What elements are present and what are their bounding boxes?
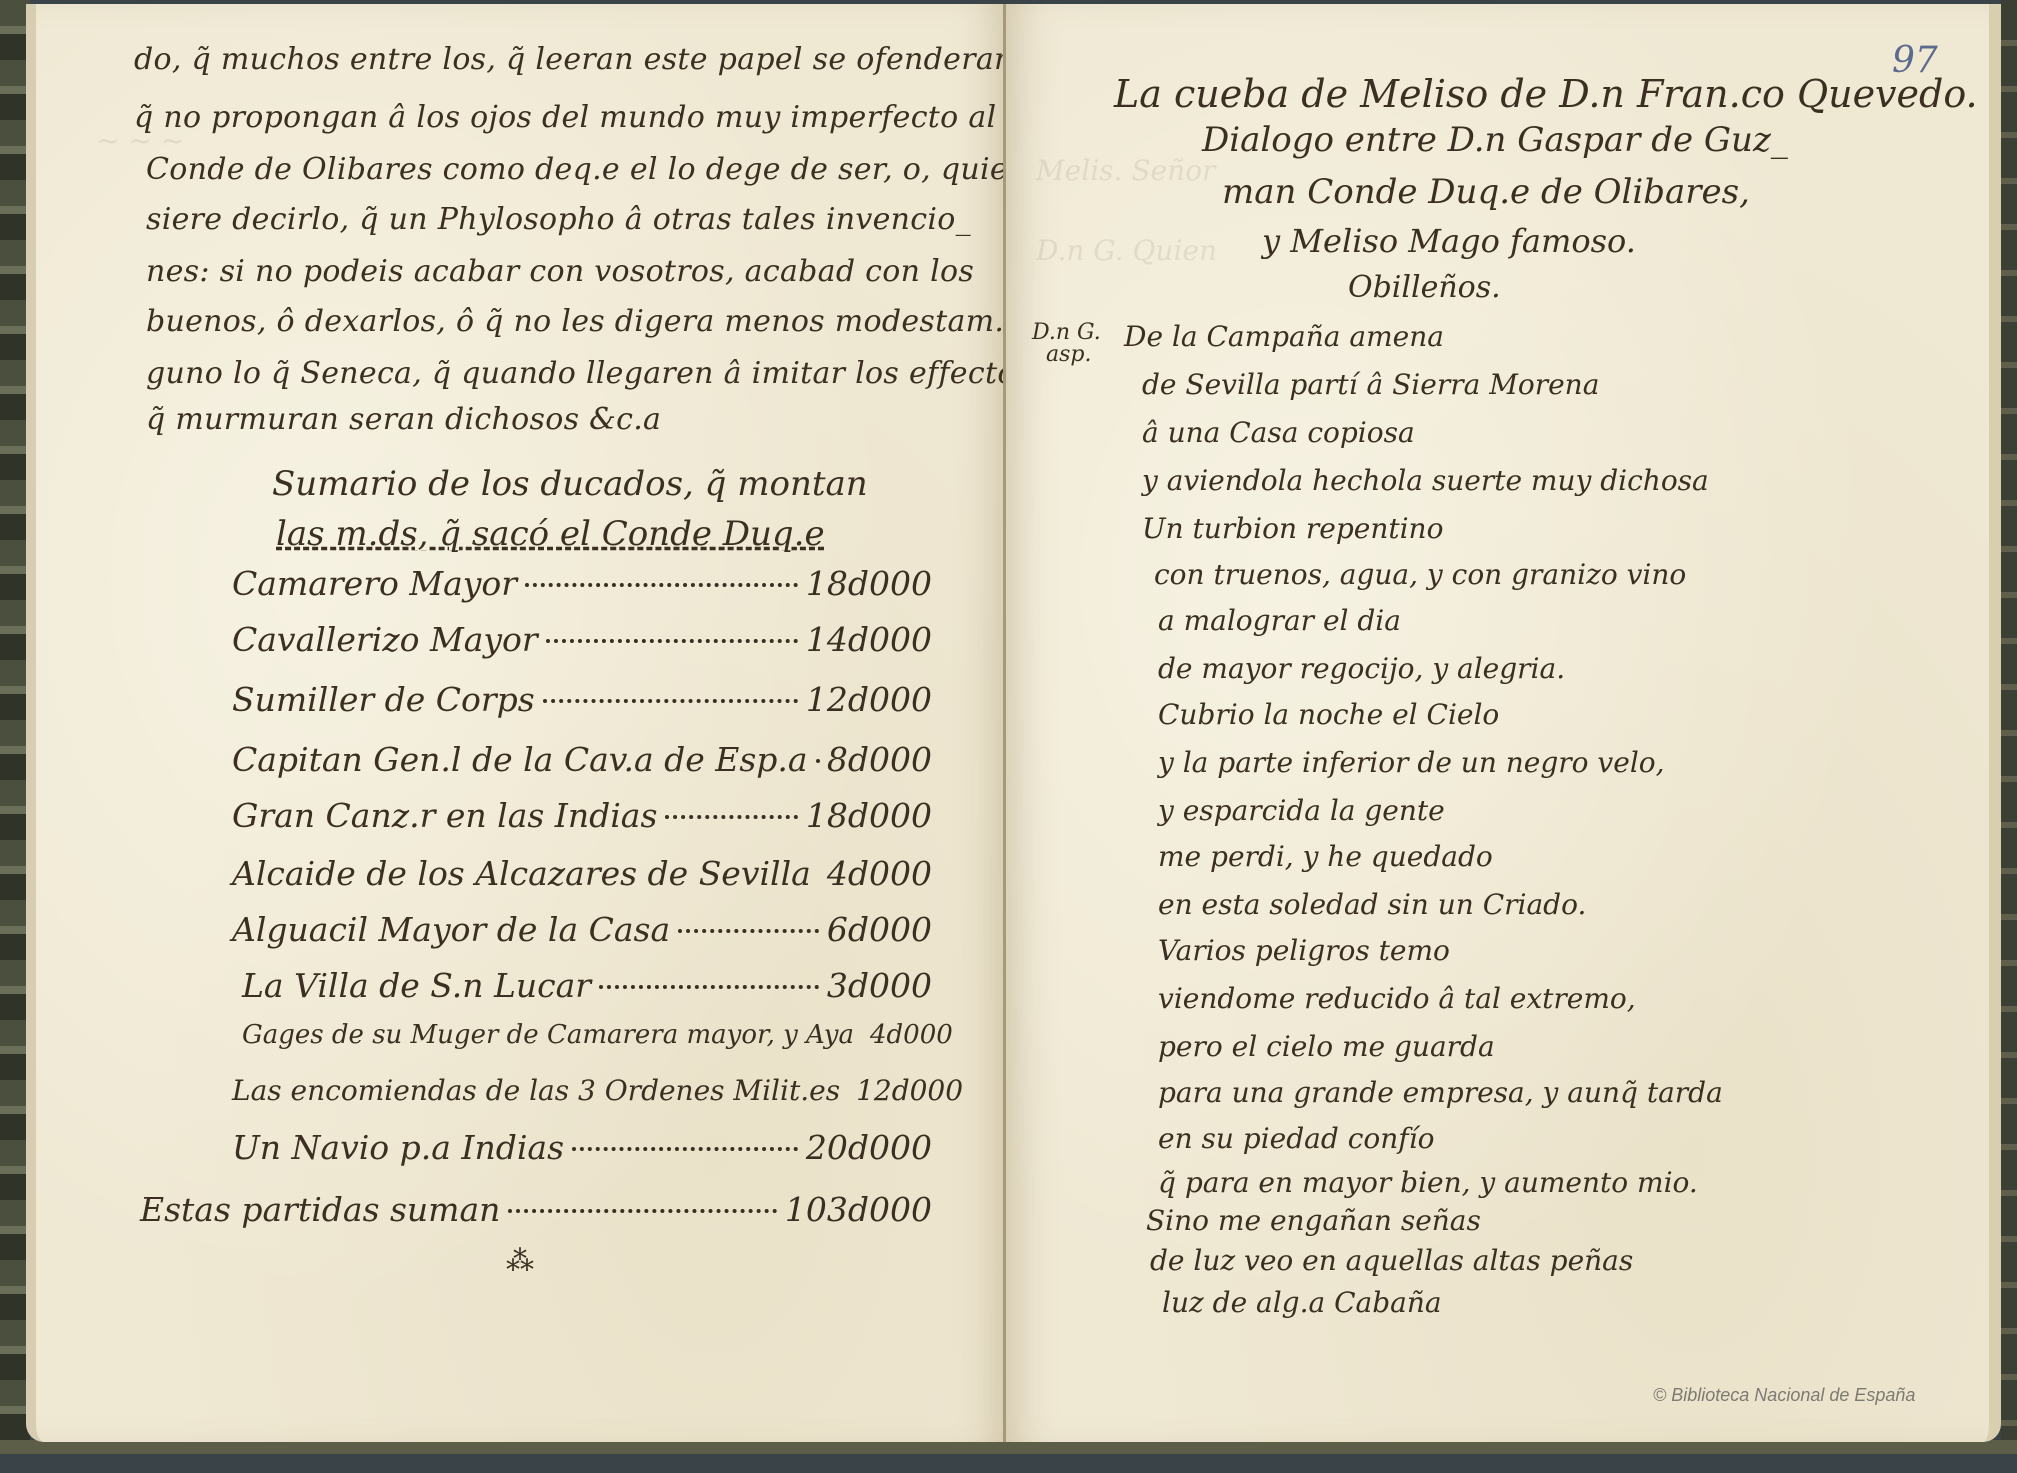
verse-line: en su piedad confío [1158, 1122, 1434, 1155]
entry-label: Gran Canz.r en las Indias [232, 796, 657, 835]
speaker-line: D.n G. [1032, 322, 1101, 344]
entry-amount: 12d000 [806, 680, 932, 719]
prose-line: do, q̃ muchos entre los, q̃ leeran este … [134, 42, 1114, 77]
entry-amount: 14d000 [806, 620, 932, 659]
entry-amount: 20d000 [806, 1128, 932, 1167]
entry-label: Alguacil Mayor de la Casa [232, 910, 670, 949]
entry-label: Cavallerizo Mayor [232, 620, 538, 659]
manuscript-page-left: ~ ~ ~ do, q̃ muchos entre los, q̃ leeran… [26, 4, 1006, 1442]
entry-label: La Villa de S.n Lucar [242, 966, 591, 1005]
verse-line: de mayor regocijo, y alegria. [1158, 652, 1565, 685]
verse-line: luz de alg.a Cabaña [1162, 1286, 1442, 1319]
total-amount: 103d000 [785, 1190, 932, 1229]
prose-line: q̃ murmuran seran dichosos &c.a [146, 402, 661, 437]
verse-line: y aviendola hechola suerte muy dichosa [1142, 464, 1709, 497]
prose-line: nes: si no podeis acabar con vosotros, a… [146, 254, 974, 289]
entry-amount: 18d000 [806, 796, 932, 835]
leader-dots [599, 985, 819, 989]
manuscript-page-right: Melis. Señor D.n G. Quien 97 La cueba de… [1006, 4, 2001, 1442]
leader-dots [816, 759, 819, 763]
entry-label: Sumiller de Corps [232, 680, 535, 719]
bleed-through-text: D.n G. Quien [1036, 234, 1217, 267]
entry-amount: 12d000 [856, 1074, 963, 1107]
verse-line: de Sevilla partí â Sierra Morena [1142, 368, 1599, 401]
work-subtitle: Obilleños. [1348, 270, 1501, 305]
ledger-entry: La Villa de S.n Lucar 3d000 [242, 966, 932, 1005]
copyright-watermark: © Biblioteca Nacional de España [1653, 1385, 1915, 1406]
ledger-entry: Alcaide de los Alcazares de Sevilla 4d00… [232, 854, 932, 893]
verse-line: y la parte inferior de un negro velo, [1158, 746, 1665, 779]
verse-line: Cubrio la noche el Cielo [1158, 698, 1499, 731]
ledger-entry: Gages de su Muger de Camarera mayor, y A… [242, 1020, 932, 1050]
entry-amount: 18d000 [806, 564, 932, 603]
verse-line: pero el cielo me guarda [1158, 1030, 1495, 1063]
entry-amount: 4d000 [870, 1020, 953, 1050]
leader-dots [546, 639, 798, 643]
ledger-entry: Camarero Mayor 18d000 [232, 564, 932, 603]
verse-line: con truenos, agua, y con granizo vino [1154, 558, 1686, 591]
verse-line: q̃ para en mayor bien, y aumento mio. [1158, 1166, 1698, 1199]
verse-line: viendome reducido â tal extremo, [1158, 982, 1636, 1015]
entry-label: Un Navio p.a Indias [232, 1128, 564, 1167]
entry-amount: 4d000 [827, 854, 932, 893]
verse-line: Un turbion repentino [1142, 512, 1443, 545]
entry-label: Camarero Mayor [232, 564, 517, 603]
bleed-through-text: Melis. Señor [1036, 154, 1215, 187]
prose-line: Conde de Olibares como deq.e el lo dege … [146, 152, 1102, 187]
speaker-line: asp. [1032, 344, 1101, 366]
summary-subtitle: las m.ds, q̃ sacó el Conde Duq.e [276, 514, 825, 554]
verse-line: para una grande empresa, y aunq̃ tarda [1158, 1076, 1723, 1109]
verse-line: a malograr el dia [1158, 604, 1401, 637]
ledger-entry: Sumiller de Corps 12d000 [232, 680, 932, 719]
entry-amount: 6d000 [827, 910, 932, 949]
speaker-label: D.n G. asp. [1032, 322, 1101, 366]
entry-label: Alcaide de los Alcazares de Sevilla [232, 854, 811, 893]
verse-line: Varios peligros temo [1158, 934, 1450, 967]
ledger-entry: Un Navio p.a Indias 20d000 [232, 1128, 932, 1167]
work-subtitle: y Meliso Mago famoso. [1262, 222, 1636, 260]
ledger-total: Estas partidas suman 103d000 [140, 1190, 932, 1229]
verse-line: y esparcida la gente [1158, 794, 1445, 827]
scan-backdrop-bottom [0, 1440, 2017, 1473]
ledger-entry: Cavallerizo Mayor 14d000 [232, 620, 932, 659]
work-subtitle: man Conde Duq.e de Olibares, [1222, 172, 1750, 212]
prose-line: buenos, ô dexarlos, ô q̃ no les digera m… [146, 304, 1088, 339]
total-label: Estas partidas suman [140, 1190, 500, 1229]
ledger-entry: Alguacil Mayor de la Casa 6d000 [232, 910, 932, 949]
leader-dots [678, 929, 819, 933]
scan-backdrop-right [2001, 0, 2017, 1473]
entry-label: Gages de su Muger de Camarera mayor, y A… [242, 1020, 854, 1050]
summary-title: Sumario de los ducados, q̃ montan [272, 464, 868, 504]
ledger-entry: Gran Canz.r en las Indias 18d000 [232, 796, 932, 835]
work-title: La cueba de Meliso de D.n Fran.co Queved… [1114, 72, 1978, 116]
entry-label: Las encomiendas de las 3 Ordenes Milit.e… [232, 1074, 840, 1107]
leader-dots [665, 815, 798, 819]
leader-dots [543, 699, 798, 703]
entry-label: Capitan Gen.l de la Cav.a de Esp.a [232, 740, 808, 779]
entry-amount: 3d000 [827, 966, 932, 1005]
verse-line: â una Casa copiosa [1142, 416, 1415, 449]
work-subtitle: Dialogo entre D.n Gaspar de Guz_ [1202, 120, 1788, 160]
verse-line: De la Campaña amena [1124, 320, 1444, 353]
verse-line: en esta soledad sin un Criado. [1158, 888, 1586, 921]
prose-line: siere decirlo, q̃ un Phylosopho â otras … [146, 202, 971, 237]
entry-amount: 8d000 [827, 740, 932, 779]
verse-line: de luz veo en aquellas altas peñas [1150, 1244, 1633, 1277]
leader-dots [508, 1209, 776, 1213]
ornament-flourish: ⁂ [506, 1244, 534, 1277]
verse-line: Sino me engañan señas [1146, 1204, 1481, 1237]
ledger-entry: Capitan Gen.l de la Cav.a de Esp.a 8d000 [232, 740, 932, 779]
leader-dots [525, 583, 798, 587]
ledger-entry: Las encomiendas de las 3 Ordenes Milit.e… [232, 1074, 932, 1107]
verse-line: me perdi, y he quedado [1158, 840, 1493, 873]
leader-dots [572, 1147, 798, 1151]
prose-line: guno lo q̃ Seneca, q̃ quando llegaren â … [146, 356, 1031, 391]
prose-line: q̃ no propongan â los ojos del mundo muy… [134, 100, 996, 135]
